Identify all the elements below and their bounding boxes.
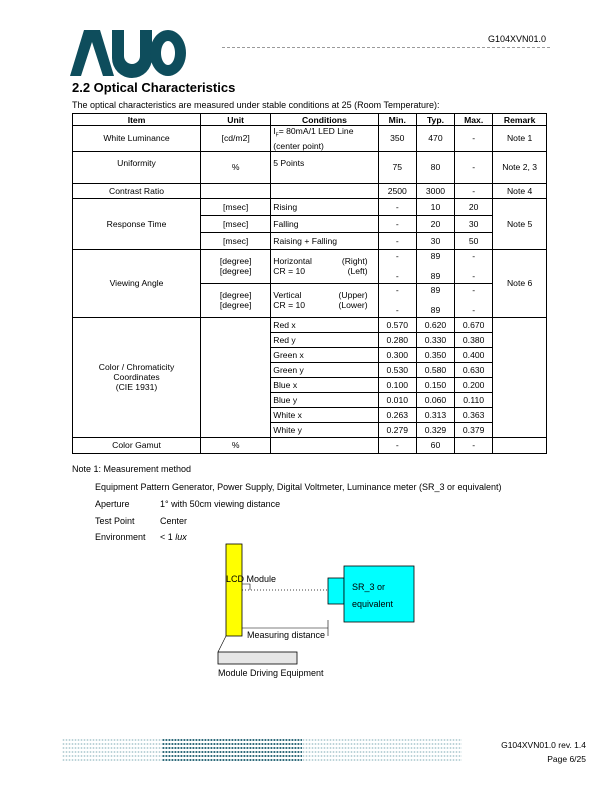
condition-cell: Falling — [271, 215, 378, 232]
item-viewing-angle: Viewing Angle — [73, 249, 201, 317]
item-uniformity: Uniformity — [73, 151, 201, 183]
unit-cell: [degree][degree] — [201, 283, 271, 317]
typ-cell: 8989 — [416, 249, 454, 283]
item-text: (CIE 1931) — [116, 382, 158, 392]
value: - — [396, 285, 399, 295]
remark-cell: Note 4 — [493, 183, 547, 198]
min-cell: - — [378, 437, 416, 453]
condition-cell: IF= 80mA/1 LED Line(center point) — [271, 126, 378, 152]
min-cell: 0.263 — [378, 407, 416, 422]
value: 89 — [431, 271, 441, 281]
cond-text: Horizontal — [273, 256, 312, 266]
meter-label-line2: equivalent — [352, 599, 394, 609]
min-cell: -- — [378, 249, 416, 283]
item-text: Coordinates — [113, 372, 159, 382]
value: - — [396, 305, 399, 315]
remark-cell — [493, 317, 547, 437]
typ-cell: 0.620 — [416, 317, 454, 332]
note1-aperture: Aperture1° with 50cm viewing distance — [95, 499, 280, 509]
min-cell: 0.570 — [378, 317, 416, 332]
document-id: G104XVN01.0 — [488, 34, 546, 44]
typ-cell: 8989 — [416, 283, 454, 317]
unit-cell: [msec] — [201, 215, 271, 232]
header-unit: Unit — [201, 114, 271, 126]
typ-cell: 0.329 — [416, 422, 454, 437]
min-cell: - — [378, 198, 416, 215]
note1-title: Note 1: Measurement method — [72, 464, 191, 474]
typ-cell: 60 — [416, 437, 454, 453]
value: - — [396, 251, 399, 261]
max-cell: 0.379 — [455, 422, 493, 437]
unit-cell: [cd/m2] — [201, 126, 271, 152]
max-cell: 30 — [455, 215, 493, 232]
typ-cell: 0.580 — [416, 362, 454, 377]
table-header-row: Item Unit Conditions Min. Typ. Max. Rema… — [73, 114, 547, 126]
typ-cell: 0.330 — [416, 332, 454, 347]
value: < 1 — [160, 532, 175, 542]
max-cell: 0.630 — [455, 362, 493, 377]
min-cell: 0.280 — [378, 332, 416, 347]
header-typ: Typ. — [416, 114, 454, 126]
value: - — [472, 271, 475, 281]
table-row: Viewing Angle [degree][degree] Horizonta… — [73, 249, 547, 283]
cond-text: (Left) — [348, 266, 368, 276]
item-chromaticity: Color / ChromaticityCoordinates(CIE 1931… — [73, 317, 201, 437]
remark-cell: Note 2, 3 — [493, 151, 547, 183]
typ-cell: 0.150 — [416, 377, 454, 392]
label: Aperture — [95, 499, 160, 509]
value: 89 — [431, 305, 441, 315]
cond-text: (Lower) — [339, 300, 368, 310]
unit-cell: % — [201, 437, 271, 453]
max-cell: 0.380 — [455, 332, 493, 347]
note1-test-point: Test PointCenter — [95, 516, 187, 526]
value: 1° with 50cm viewing distance — [160, 499, 280, 509]
unit-text: [degree] — [220, 300, 252, 310]
table-row: Contrast Ratio 2500 3000 - Note 4 — [73, 183, 547, 198]
condition-cell: White x — [271, 407, 378, 422]
cond-text: (Right) — [342, 256, 368, 266]
condition-cell — [271, 183, 378, 198]
typ-cell: 20 — [416, 215, 454, 232]
max-cell: - — [455, 151, 493, 183]
remark-cell: Note 6 — [493, 249, 547, 317]
min-cell: - — [378, 215, 416, 232]
condition-cell: 5 Points — [271, 151, 378, 183]
remark-cell — [493, 437, 547, 453]
optical-characteristics-table: Item Unit Conditions Min. Typ. Max. Rema… — [72, 113, 547, 454]
value: - — [472, 285, 475, 295]
condition-cell: Green y — [271, 362, 378, 377]
unit-cell: [msec] — [201, 198, 271, 215]
max-cell: -- — [455, 283, 493, 317]
min-cell: -- — [378, 283, 416, 317]
condition-cell: White y — [271, 422, 378, 437]
typ-cell: 0.313 — [416, 407, 454, 422]
measurement-setup-diagram: LCD Module SR_3 or equivalent Measuring … — [200, 540, 430, 690]
max-cell: -- — [455, 249, 493, 283]
section-intro: The optical characteristics are measured… — [72, 100, 440, 110]
max-cell: 0.670 — [455, 317, 493, 332]
unit-cell: % — [201, 151, 271, 183]
condition-cell: Blue x — [271, 377, 378, 392]
cond-text: (Upper) — [339, 290, 368, 300]
header-divider — [222, 47, 550, 48]
cond-text: = 80mA/1 LED Line — [279, 126, 354, 136]
label: Test Point — [95, 516, 160, 526]
meter-body-shape — [344, 566, 414, 622]
value: - — [396, 271, 399, 281]
max-cell: - — [455, 183, 493, 198]
min-cell: 350 — [378, 126, 416, 152]
driver-equipment-label: Module Driving Equipment — [218, 668, 324, 678]
header-remark: Remark — [493, 114, 547, 126]
footer-page-number: Page 6/25 — [547, 754, 586, 764]
condition-cell: Green x — [271, 347, 378, 362]
table-row: Response Time [msec] Rising - 10 20 Note… — [73, 198, 547, 215]
label: Environment — [95, 532, 160, 542]
typ-cell: 470 — [416, 126, 454, 152]
item-response-time: Response Time — [73, 198, 201, 249]
condition-cell: Red x — [271, 317, 378, 332]
lcd-module-shape — [226, 544, 242, 636]
footer-doc-revision: G104XVN01.0 rev. 1.4 — [501, 740, 586, 750]
cond-text: Vertical — [273, 290, 301, 300]
note1-equipment: Equipment Pattern Generator, Power Suppl… — [95, 482, 502, 492]
value: 89 — [431, 285, 441, 295]
cond-text: (center point) — [273, 141, 324, 151]
typ-cell: 0.350 — [416, 347, 454, 362]
min-cell: - — [378, 232, 416, 249]
typ-cell: 3000 — [416, 183, 454, 198]
section-title: 2.2 Optical Characteristics — [72, 80, 235, 95]
value: - — [472, 251, 475, 261]
footer-decoration-accent — [162, 738, 302, 762]
max-cell: 0.400 — [455, 347, 493, 362]
table-row: Color Gamut % - 60 - — [73, 437, 547, 453]
condition-cell: Vertical(Upper)CR = 10(Lower) — [271, 283, 378, 317]
max-cell: 0.110 — [455, 392, 493, 407]
item-white-luminance: White Luminance — [73, 126, 201, 152]
driver-equipment-shape — [218, 652, 297, 664]
condition-cell: Horizontal(Right)CR = 10(Left) — [271, 249, 378, 283]
typ-cell: 30 — [416, 232, 454, 249]
typ-cell: 80 — [416, 151, 454, 183]
measuring-distance-label: Measuring distance — [247, 630, 325, 640]
min-cell: 0.530 — [378, 362, 416, 377]
item-contrast-ratio: Contrast Ratio — [73, 183, 201, 198]
max-cell: 0.200 — [455, 377, 493, 392]
remark-cell: Note 1 — [493, 126, 547, 152]
item-text: Color / Chromaticity — [99, 362, 174, 372]
table-row: Color / ChromaticityCoordinates(CIE 1931… — [73, 317, 547, 332]
max-cell: - — [455, 126, 493, 152]
typ-cell: 0.060 — [416, 392, 454, 407]
unit-text: [degree] — [220, 266, 252, 276]
table-row: Uniformity % 5 Points 75 80 - Note 2, 3 — [73, 151, 547, 183]
remark-cell: Note 5 — [493, 198, 547, 249]
min-cell: 0.010 — [378, 392, 416, 407]
item-color-gamut: Color Gamut — [73, 437, 201, 453]
header-conditions: Conditions — [271, 114, 378, 126]
max-cell: - — [455, 437, 493, 453]
value: 89 — [431, 251, 441, 261]
max-cell: 20 — [455, 198, 493, 215]
header-min: Min. — [378, 114, 416, 126]
footer-decoration — [62, 738, 462, 762]
min-cell: 75 — [378, 151, 416, 183]
cond-text: CR = 10 — [273, 300, 305, 310]
condition-cell: Rising — [271, 198, 378, 215]
value: Center — [160, 516, 187, 526]
header-max: Max. — [455, 114, 493, 126]
condition-cell: Blue y — [271, 392, 378, 407]
condition-cell: Raising + Falling — [271, 232, 378, 249]
unit-cell — [201, 183, 271, 198]
meter-label-line1: SR_3 or — [352, 582, 385, 592]
lcd-module-label: LCD Module — [226, 574, 276, 584]
unit-cell: [degree][degree] — [201, 249, 271, 283]
auo-logo — [70, 28, 188, 78]
meter-lens-shape — [328, 578, 344, 604]
max-cell: 0.363 — [455, 407, 493, 422]
unit-text: [degree] — [220, 256, 252, 266]
unit-cell — [201, 317, 271, 437]
min-cell: 2500 — [378, 183, 416, 198]
typ-cell: 10 — [416, 198, 454, 215]
value: - — [472, 305, 475, 315]
condition-cell: Red y — [271, 332, 378, 347]
unit-cell: [msec] — [201, 232, 271, 249]
unit-text: [degree] — [220, 290, 252, 300]
min-cell: 0.300 — [378, 347, 416, 362]
max-cell: 50 — [455, 232, 493, 249]
min-cell: 0.100 — [378, 377, 416, 392]
min-cell: 0.279 — [378, 422, 416, 437]
note1-environment: Environment< 1 lux — [95, 532, 187, 542]
unit: lux — [175, 532, 187, 542]
condition-cell — [271, 437, 378, 453]
header-item: Item — [73, 114, 201, 126]
table-row: White Luminance [cd/m2] IF= 80mA/1 LED L… — [73, 126, 547, 152]
cond-text: CR = 10 — [273, 266, 305, 276]
